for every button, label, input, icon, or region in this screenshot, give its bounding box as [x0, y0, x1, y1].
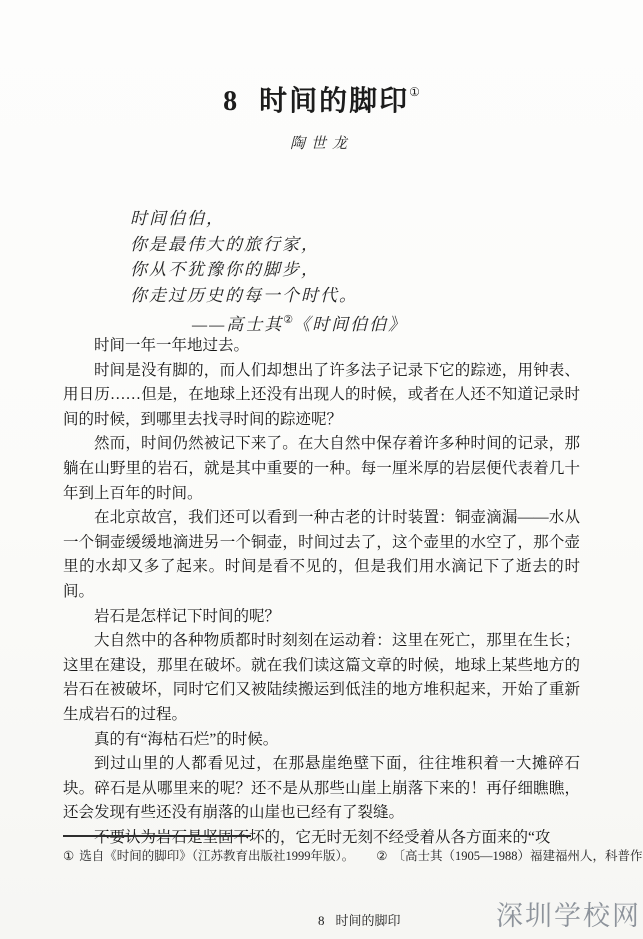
footnote-text: 选自《时间的脚印》（江苏教育出版社1999年版）。 — [79, 849, 354, 863]
attribution-footnote-ref: ② — [283, 314, 293, 326]
lesson-body: 时间一年一年地过去。 时间是没有脚的，而人们却想出了许多法子记录下它的踪迹，用钟… — [63, 334, 580, 850]
poem-line: 你从不犹豫你的脚步， — [130, 257, 407, 283]
body-paragraph: 然而，时间仍然被记下来了。在大自然中保存着许多种时间的记录，那躺在山野里的岩石，… — [63, 432, 580, 506]
body-paragraph: 时间一年一年地过去。 — [63, 334, 580, 359]
body-paragraph: 岩石是怎样记下时间的呢？ — [63, 605, 580, 630]
poem-epigraph: 时间伯伯， 你是最伟大的旅行家， 你从不犹豫你的脚步， 你走过历史的每一个时代。… — [130, 206, 407, 338]
footnote-text: 〔高士其（1905—1988）福建福州人，科普作家。 — [392, 849, 643, 863]
textbook-page: 8时间的脚印① 陶世龙 时间伯伯， 你是最伟大的旅行家， 你从不犹豫你的脚步， … — [0, 0, 643, 939]
body-paragraph: 真的有“海枯石烂”的时候。 — [63, 728, 580, 753]
lesson-number: 8 — [223, 86, 239, 117]
footnote-marker: ① — [63, 849, 74, 863]
title-footnote-ref: ① — [409, 85, 420, 99]
poem-line: 时间伯伯， — [130, 206, 407, 232]
author-name: 陶世龙 — [0, 132, 643, 153]
lesson-title-text: 时间的脚印 — [259, 86, 409, 117]
poem-attribution-work: 《时间伯伯》 — [293, 315, 407, 334]
poem-line: 你是最伟大的旅行家， — [130, 232, 407, 258]
body-paragraph: 到过山里的人都看见过，在那悬崖绝壁下面，往往堆积着一大摊碎石块。碎石是从哪里来的… — [63, 752, 580, 826]
body-paragraph: 大自然中的各种物质都时时刻刻在运动着：这里在死亡，那里在生长；这里在建设，那里在… — [63, 629, 580, 727]
footnote-item: ②〔高士其（1905—1988）福建福州人，科普作家。 — [376, 846, 643, 864]
poem-attribution-author: ——高士其 — [192, 315, 283, 334]
body-paragraph: 时间是没有脚的，而人们却想出了许多法子记录下它的踪迹，用钟表、用日历……但是，在… — [63, 359, 580, 433]
lesson-title: 8时间的脚印① — [0, 79, 643, 119]
footer-lesson-number: 8 — [318, 913, 325, 928]
footnote-item: ①选自《时间的脚印》（江苏教育出版社1999年版）。 — [63, 846, 354, 864]
footer-lesson-title: 时间的脚印 — [336, 913, 401, 928]
footnotes: ①选自《时间的脚印》（江苏教育出版社1999年版）。 ②〔高士其（1905—19… — [63, 846, 638, 864]
footnote-marker: ② — [376, 849, 387, 863]
poem-line: 你走过历史的每一个时代。 — [130, 283, 407, 309]
body-paragraph: 在北京故宫，我们还可以看到一种古老的计时装置：铜壶滴漏——水从一个铜壶缓缓地滴进… — [63, 506, 580, 604]
watermark: 深圳学校网 — [496, 894, 641, 933]
footnote-divider — [63, 835, 251, 837]
page-footer: 8时间的脚印 — [318, 910, 401, 929]
